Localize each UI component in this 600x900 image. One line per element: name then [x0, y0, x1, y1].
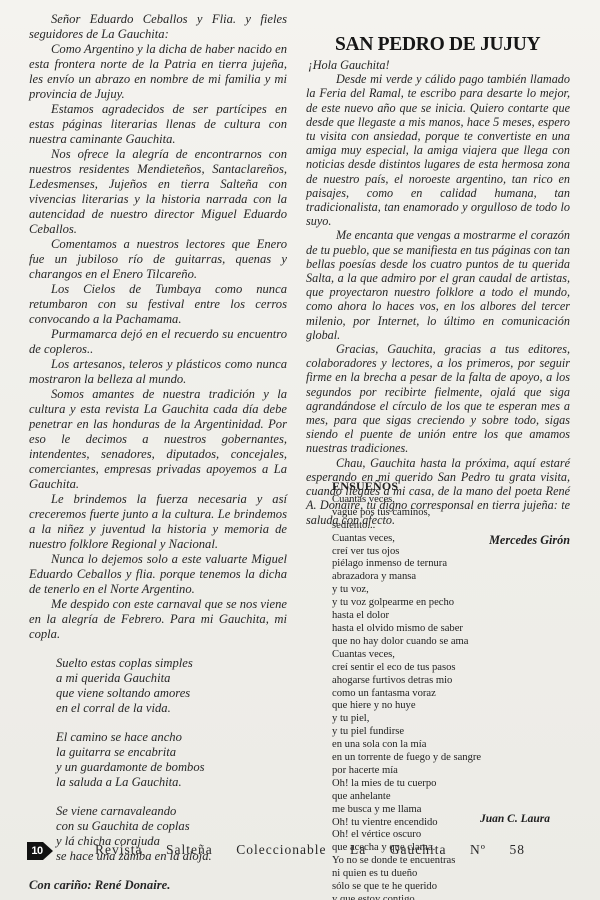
letter-mercedes-giron: SAN PEDRO DE JUJUY ¡Hola Gauchita! Desde… — [306, 34, 570, 548]
footer-word: Salteña — [166, 842, 213, 858]
article-title: SAN PEDRO DE JUJUY — [335, 34, 570, 56]
paragraph: Desde mi verde y cálido pago también lla… — [306, 72, 570, 228]
poem-line: y tu voz golpearme en pecho — [332, 597, 572, 610]
verse-line: El camino se hace ancho — [56, 730, 287, 745]
footer-publication-line: Revista Salteña Coleccionable La Gauchit… — [95, 842, 525, 858]
letter-body: ¡Hola Gauchita! Desde mi verde y cálido … — [306, 58, 570, 527]
paragraph: Gracias, Gauchita, gracias a tus editore… — [306, 342, 570, 456]
verse-line: con su Gauchita de coplas — [56, 819, 287, 834]
poem-line: y que estoy contigo... — [332, 894, 572, 900]
paragraph: Comentamos a nuestros lectores que Enero… — [29, 237, 287, 282]
verse-line: Se viene carnavaleando — [56, 804, 287, 819]
footer-word: Nº — [470, 842, 486, 858]
poem-line: piélago inmenso de ternura — [332, 558, 572, 571]
paragraph: Me despido con este carnaval que se nos … — [29, 597, 287, 642]
poem-author: Juan C. Laura — [480, 813, 550, 825]
verse-line: Suelto estas coplas simples — [56, 656, 287, 671]
poem-line: por hacerte mía — [332, 765, 572, 778]
paragraph: Señor Eduardo Ceballos y Flia. y fieles … — [29, 12, 287, 42]
poem-line: que hiere y no huye — [332, 700, 572, 713]
verse-line: y un guardamonte de bombos — [56, 760, 287, 775]
poem-title: ENSUEÑOS — [332, 480, 572, 493]
footer-word: Gauchita — [390, 842, 447, 858]
poem-line: abrazadora y mansa — [332, 571, 572, 584]
paragraph: Como Argentino y la dicha de haber nacid… — [29, 42, 287, 102]
letter-rene-donaire: Señor Eduardo Ceballos y Flia. y fieles … — [29, 12, 287, 893]
poem-line: Cuantas veces, — [332, 533, 572, 546]
poem-line: sediento... — [332, 520, 572, 533]
poem-line: Oh! el vértice oscuro — [332, 829, 572, 842]
poem-lines: Cuantas veces,vagué pos tus caminos,sedi… — [332, 494, 572, 900]
poem-line: Cuantas veces, — [332, 494, 572, 507]
poem-line: como un fantasma voraz — [332, 688, 572, 701]
poem-line: que anhelante — [332, 791, 572, 804]
paragraph: Somos amantes de nuestra tradición y la … — [29, 387, 287, 492]
paragraph: Nos ofrece la alegría de encontrarnos co… — [29, 147, 287, 237]
magazine-page: Señor Eduardo Ceballos y Flia. y fieles … — [0, 0, 600, 900]
paragraph: Los Cielos de Tumbaya como nunca retumba… — [29, 282, 287, 327]
poem-line: hasta el olvido mismo de saber — [332, 623, 572, 636]
paragraph: Nunca lo dejemos solo a este valuarte Mi… — [29, 552, 287, 597]
poem-line: en una sola con la mía — [332, 739, 572, 752]
poem-line: y tu voz, — [332, 584, 572, 597]
poem-line: que no hay dolor cuando se ama — [332, 636, 572, 649]
verse-line: a mi querida Gauchita — [56, 671, 287, 686]
paragraph: Los artesanos, teleros y plásticos como … — [29, 357, 287, 387]
poem-line: Cuantas veces, — [332, 649, 572, 662]
poem-line: creí ver tus ojos — [332, 546, 572, 559]
poem-line: en un torrente de fuego y de sangre — [332, 752, 572, 765]
poem-line: vagué pos tus caminos, — [332, 507, 572, 520]
poem-line: ahogarse furtivos detras mio — [332, 675, 572, 688]
footer-word: Coleccionable — [236, 842, 326, 858]
verse-line: que viene soltando amores — [56, 686, 287, 701]
copla-stanza: Suelto estas coplas simples a mi querida… — [56, 656, 287, 716]
poem-line: y tu piel fundirse — [332, 726, 572, 739]
footer-word: La — [350, 842, 366, 858]
footer-word: 58 — [509, 842, 525, 858]
page-number: 10 — [29, 844, 45, 858]
poem-line: sólo se que te he querido — [332, 881, 572, 894]
verse-line: la saluda a La Gauchita. — [56, 775, 287, 790]
poem-line: ni quien es tu dueño — [332, 868, 572, 881]
footer-word: Revista — [95, 842, 143, 858]
verse-line: la guitarra se encabrita — [56, 745, 287, 760]
poem-line: creí sentir el eco de tus pasos — [332, 662, 572, 675]
poem-line: hasta el dolor — [332, 610, 572, 623]
poem-line: y tu piel, — [332, 713, 572, 726]
copla-stanza: El camino se hace ancho la guitarra se e… — [56, 730, 287, 790]
paragraph: Estamos agradecidos de ser partícipes en… — [29, 102, 287, 147]
greeting: ¡Hola Gauchita! — [306, 58, 570, 72]
paragraph: Le brindemos la fuerza necesaria y así c… — [29, 492, 287, 552]
signature-rene-donaire: Con cariño: René Donaire. — [29, 878, 287, 893]
paragraph: Purmamarca dejó en el recuerdo su encuen… — [29, 327, 287, 357]
poem-ensuenos: ENSUEÑOS Cuantas veces,vagué pos tus cam… — [332, 480, 572, 900]
paragraph: Me encanta que vengas a mostrarme el cor… — [306, 228, 570, 342]
poem-line: Oh! la mies de tu cuerpo — [332, 778, 572, 791]
verse-line: en el corral de la vida. — [56, 701, 287, 716]
